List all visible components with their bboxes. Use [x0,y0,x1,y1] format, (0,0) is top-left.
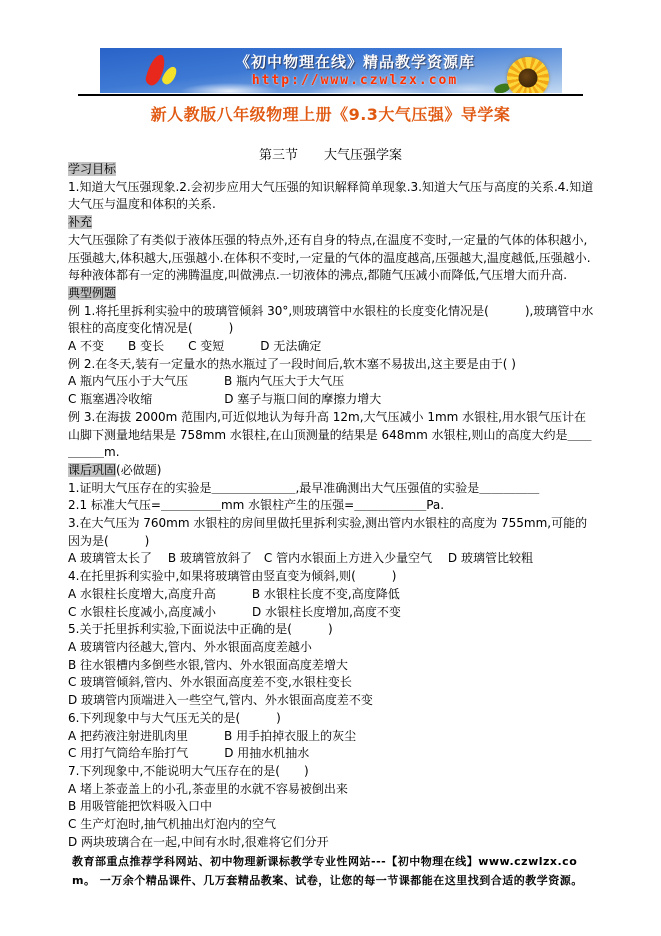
text-line: B 往水银槽内多倒些水银,管内、外水银面高度差增大 [68,657,595,675]
text-line: 3.在大气压为 760mm 水银柱的房间里做托里拆利实验,测出管内水银柱的高度为… [68,515,595,550]
text-line: 1.证明大气压存在的实验是＿＿＿＿＿＿＿,最早准确测出大气压强值的实验是＿＿＿＿… [68,480,595,498]
site-banner: 《初中物理在线》精品教学资源库 http://www.czwlzx.com [100,48,562,93]
banner-site-url: http://www.czwlzx.com [205,73,505,88]
text-line: 例 3.在海拔 2000m 范围内,可近似地认为每升高 12m,大气压减小 1m… [68,409,595,462]
text-line: 5.关于托里拆利实验,下面说法中正确的是( ) [68,621,595,639]
text-line: 例 2.在冬天,装有一定量水的热水瓶过了一段时间后,软木塞不易拔出,这主要是由于… [68,356,595,374]
content-blocks: 学习目标1.知道大气压强现象.2.会初步应用大气压强的知识解释简单现象.3.知道… [68,161,595,851]
text-line: A 不变 B 变长 C 变短 D 无法确定 [68,338,595,356]
footer-note: 教育部重点推荐学科网站、初中物理新课标教学专业性网站---【初中物理在线】www… [72,852,592,890]
banner-site-name: 《初中物理在线》精品教学资源库 [205,51,505,72]
text-line: 例 1.将托里拆利实验中的玻璃管倾斜 30°,则玻璃管中水银柱的长度变化情况是(… [68,303,595,338]
section-heading-suffix: (必做题) [116,463,161,477]
section-heading-line: 课后巩固(必做题) [68,462,595,480]
banner-text-block: 《初中物理在线》精品教学资源库 http://www.czwlzx.com [205,51,505,88]
section-heading: 补充 [68,215,92,229]
text-line: A 玻璃管太长了 B 玻璃管放斜了 C 管内水银面上方进入少量空气 D 玻璃管比… [68,550,595,568]
text-line: D 两块玻璃合在一起,中间有水时,很难将它们分开 [68,834,595,852]
section-heading-line: 学习目标 [68,161,595,179]
worksheet-page: 《初中物理在线》精品教学资源库 http://www.czwlzx.com 新人… [0,0,661,936]
flame-logo-icon [144,54,184,90]
section-heading-line: 补充 [68,214,595,232]
text-line: 大气压强除了有类似于液体压强的特点外,还有自身的特点,在温度不变时,一定量的气体… [68,232,595,267]
text-line: D 玻璃管内顶端进入一些空气,管内、外水银面高度差不变 [68,692,595,710]
text-line: 1.知道大气压强现象.2.会初步应用大气压强的知识解释简单现象.3.知道大气压与… [68,179,595,214]
text-line: C 生产灯泡时,抽气机抽出灯泡内的空气 [68,816,595,834]
section-heading: 学习目标 [68,162,116,176]
section-heading: 典型例题 [68,286,116,300]
text-line: A 堵上茶壶盖上的小孔,茶壶里的水就不容易被倒出来 [68,781,595,799]
text-line: 6.下列现象中与大气压无关的是( ) [68,710,595,728]
text-line: A 瓶内气压小于大气压 B 瓶内气压大于大气压 [68,373,595,391]
horizontal-rule [78,94,583,96]
text-line: 4.在托里拆利实验中,如果将玻璃管由竖直变为倾斜,则( ) [68,568,595,586]
text-line: C 瓶塞遇冷收缩 D 塞子与瓶口间的摩擦力增大 [68,391,595,409]
text-line: 7.下列现象中,不能说明大气压存在的是( ) [68,763,595,781]
text-line: A 水银柱长度增大,高度升高 B 水银柱长度不变,高度降低 [68,586,595,604]
text-line: 每种液体都有一定的沸腾温度,叫做沸点.一切液体的沸点,都随气压减小而降低,气压增… [68,267,595,285]
section-heading-line: 典型例题 [68,285,595,303]
text-line: A 把药液注射进肌肉里 B 用手拍掉衣服上的灰尘 [68,728,595,746]
sunflower-icon [507,57,549,93]
text-line: C 水银柱长度减小,高度减小 D 水银柱长度增加,高度不变 [68,604,595,622]
text-line: 2.1 标准大气压=＿＿＿＿＿mm 水银柱产生的压强=＿＿＿＿＿＿Pa. [68,497,595,515]
sunflower-center [519,69,538,88]
text-line: A 玻璃管内径越大,管内、外水银面高度差越小 [68,639,595,657]
text-line: C 玻璃管倾斜,管内、外水银面高度差不变,水银柱变长 [68,674,595,692]
section-heading: 课后巩固 [68,463,116,477]
page-title: 新人教版八年级物理上册《9.3大气压强》导学案 [0,102,661,125]
text-line: C 用打气筒给车胎打气 D 用抽水机抽水 [68,745,595,763]
text-line: B 用吸管能把饮料吸入口中 [68,798,595,816]
